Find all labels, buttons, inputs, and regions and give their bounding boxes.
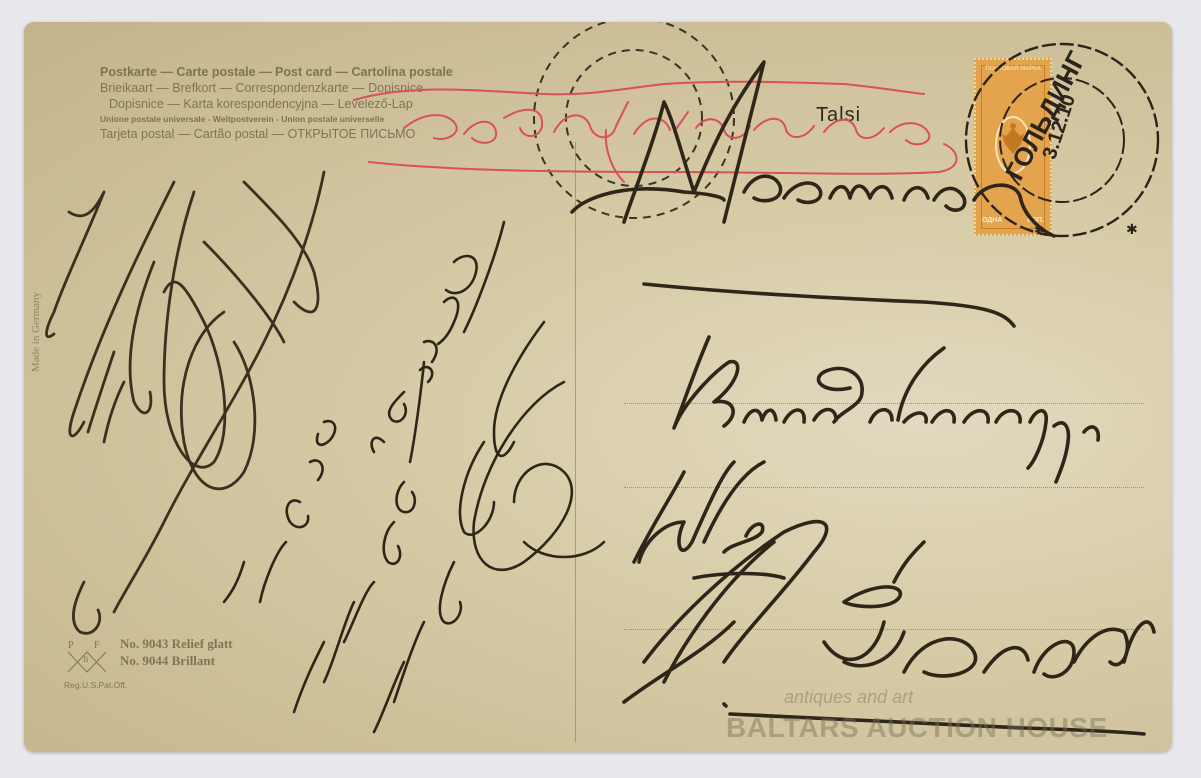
message-handwriting <box>224 222 604 732</box>
address-handwriting <box>572 62 1154 734</box>
watermark-auction-house: BALTARS AUCTION HOUSE <box>726 712 1108 744</box>
handwriting-layer: ГОЛЬДИНГ 3.12.10 ✱ ✱ <box>24 22 1172 752</box>
signature-handwriting <box>47 172 325 633</box>
watermark-tagline: antiques and art <box>784 687 913 708</box>
svg-text:✱: ✱ <box>1126 223 1138 238</box>
postmark-town-text: ГОЛЬДИНГ <box>999 46 1092 185</box>
postcard: Postkarte — Carte postale — Post card — … <box>24 22 1172 752</box>
